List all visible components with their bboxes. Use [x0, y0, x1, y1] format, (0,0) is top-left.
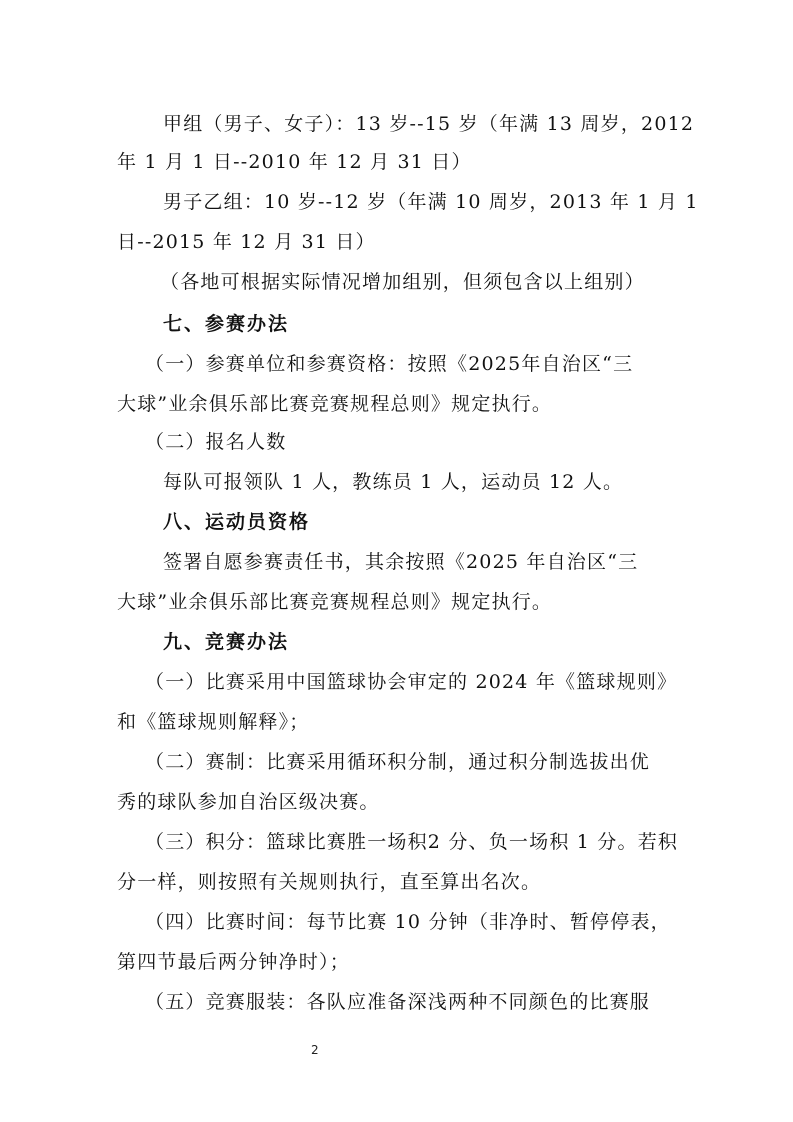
- body-text-line: （二）报名人数: [145, 430, 286, 454]
- section-heading: 九、竞赛办法: [163, 630, 289, 654]
- document-page: 甲组（男子、女子）：13 岁--15 岁（年满 13 周岁，2012年 1 月 …: [0, 0, 793, 1122]
- body-text-line: 甲组（男子、女子）：13 岁--15 岁（年满 13 周岁，2012: [163, 112, 694, 136]
- body-text-line: 大球”业余俱乐部比赛竞赛规程总则》规定执行。: [117, 590, 552, 614]
- body-text-line: （三）积分：篮球比赛胜一场积2 分、负一场积 1 分。若积: [145, 830, 678, 854]
- body-text-line: 每队可报领队 1 人，教练员 1 人，运动员 12 人。: [163, 470, 623, 494]
- body-text-line: （一）参赛单位和参赛资格：按照《2025年自治区“三: [145, 352, 633, 376]
- page-number: 2: [311, 1043, 319, 1057]
- body-text-line: （四）比赛时间：每节比赛 10 分钟（非净时、暂停停表，: [145, 910, 671, 934]
- body-text-line: 第四节最后两分钟净时）；: [117, 950, 350, 974]
- body-text-line: 年 1 月 1 日--2010 年 12 月 31 日）: [117, 150, 472, 174]
- body-text-line: 男子乙组：10 岁--12 岁（年满 10 周岁，2013 年 1 月 1: [163, 190, 699, 214]
- body-text-line: （二）赛制：比赛采用循环积分制，通过积分制选拔出优: [145, 750, 650, 774]
- body-text-line: 分一样，则按照有关规则执行，直至算出名次。: [117, 870, 541, 894]
- body-text-line: 大球”业余俱乐部比赛竞赛规程总则》规定执行。: [117, 392, 552, 416]
- body-text-line: （各地可根据实际情况增加组别，但须包含以上组别）: [160, 270, 645, 294]
- body-text-line: 日--2015 年 12 月 31 日）: [117, 230, 376, 254]
- body-text-line: （一）比赛采用中国篮球协会审定的 2024 年《篮球规则》: [145, 670, 677, 694]
- body-text-line: 和《篮球规则解释》；: [117, 710, 310, 734]
- body-text-line: （五）竞赛服装：各队应准备深浅两种不同颜色的比赛服: [145, 990, 650, 1014]
- section-heading: 八、运动员资格: [163, 510, 310, 534]
- body-text-line: 签署自愿参赛责任书，其余按照《2025 年自治区“三: [163, 550, 638, 574]
- body-text-line: 秀的球队参加自治区级决赛。: [117, 790, 380, 814]
- section-heading: 七、参赛办法: [163, 312, 289, 336]
